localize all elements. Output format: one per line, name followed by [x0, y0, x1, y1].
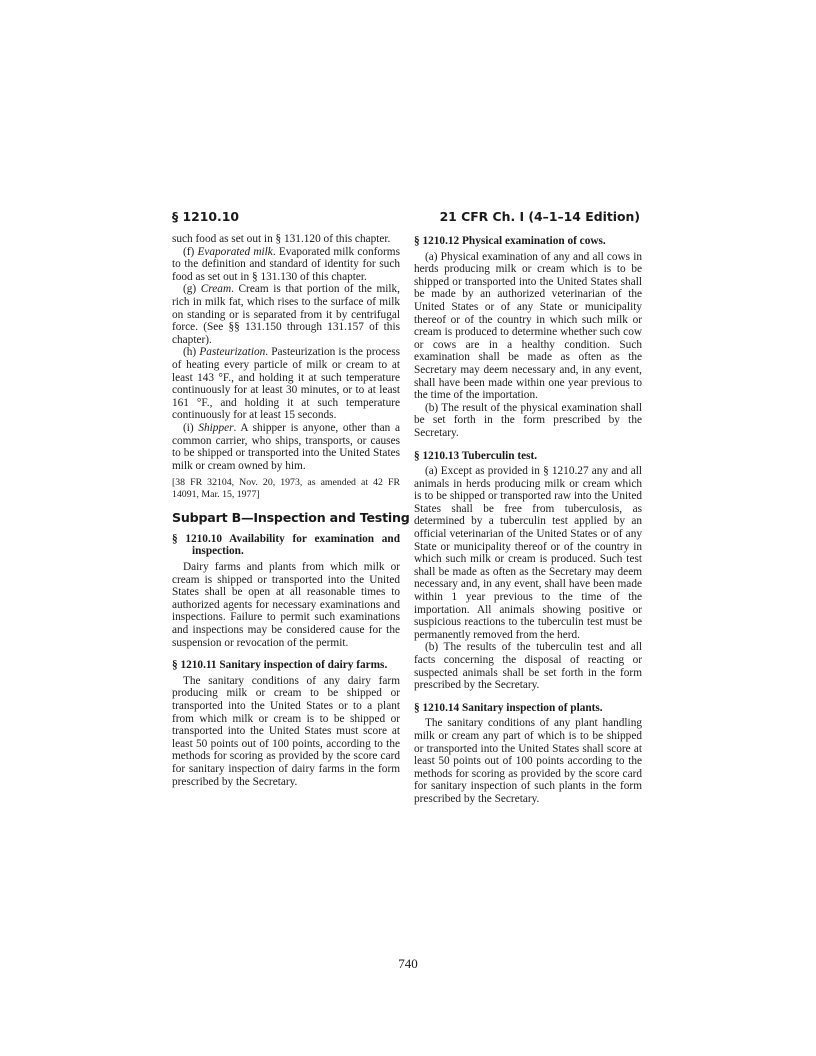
header-section-number: § 1210.10	[172, 209, 239, 224]
section-heading-1210-12: § 1210.12 Physical examination of cows.	[414, 235, 642, 248]
paragraph-evaporated-milk: (f) Evaporated milk. Evaporated milk con…	[172, 246, 400, 284]
section-text-1210-13-a: (a) Except as provided in § 1210.27 any …	[414, 465, 642, 641]
source-citation: [38 FR 32104, Nov. 20, 1973, as amended …	[172, 477, 400, 500]
term-cream: Cream	[201, 283, 231, 295]
section-heading-1210-13: § 1210.13 Tuberculin test.	[414, 450, 642, 463]
paragraph-pasteurization: (h) Pasteurization. Pasteurization is th…	[172, 346, 400, 422]
paragraph-continuation: such food as set out in § 131.120 of thi…	[172, 233, 400, 246]
section-heading-1210-14: § 1210.14 Sanitary inspection of plants.	[414, 702, 642, 715]
section-text-1210-11: The sanitary conditions of any dairy far…	[172, 675, 400, 788]
term-shipper: Shipper	[198, 422, 233, 434]
section-heading-1210-10: § 1210.10 Availability for examination a…	[172, 533, 400, 558]
section-text-1210-14: The sanitary conditions of any plant han…	[414, 717, 642, 805]
paragraph-cream: (g) Cream. Cream is that portion of the …	[172, 283, 400, 346]
section-text-1210-12-b: (b) The result of the physical examinati…	[414, 402, 642, 440]
section-text-1210-12-a: (a) Physical examination of any and all …	[414, 251, 642, 402]
term-pasteurization: Pasteurization	[199, 346, 265, 358]
page-number: 740	[0, 956, 816, 972]
running-header: § 1210.10 21 CFR Ch. I (4–1–14 Edition)	[172, 209, 640, 227]
section-text-1210-10: Dairy farms and plants from which milk o…	[172, 561, 400, 649]
left-column: such food as set out in § 131.120 of thi…	[172, 233, 400, 788]
right-column: § 1210.12 Physical examination of cows. …	[414, 233, 642, 806]
section-heading-1210-11: § 1210.11 Sanitary inspection of dairy f…	[172, 659, 400, 672]
paragraph-shipper: (i) Shipper. A shipper is anyone, other …	[172, 422, 400, 472]
term-evaporated-milk: Evaporated milk	[197, 246, 272, 258]
header-title: 21 CFR Ch. I (4–1–14 Edition)	[440, 209, 640, 224]
subpart-heading: Subpart B—Inspection and Testing	[172, 512, 400, 525]
section-text-1210-13-b: (b) The results of the tuberculin test a…	[414, 641, 642, 691]
